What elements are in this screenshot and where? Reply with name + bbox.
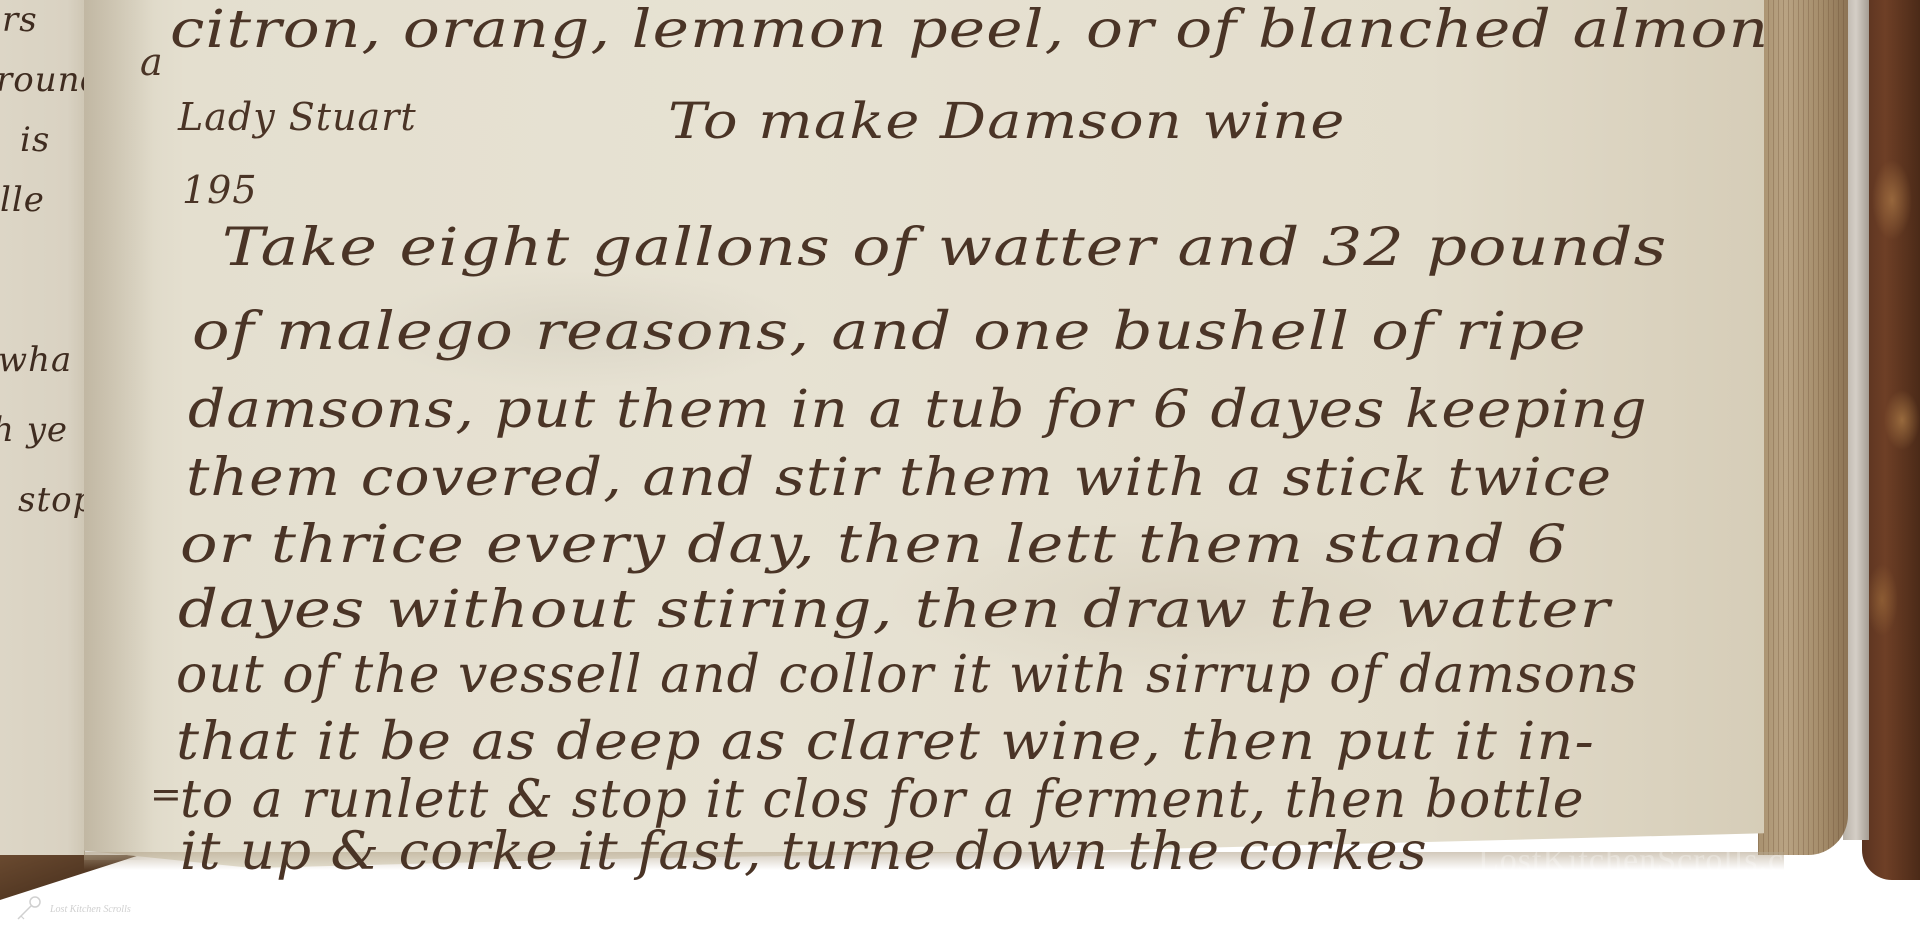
body-line: Take eight gallons of watter and 32 poun… <box>222 218 1667 278</box>
watermark-small-text: Lost Kitchen Scrolls <box>50 904 131 915</box>
leather-cover <box>1862 0 1920 880</box>
page-edge-stack <box>1758 0 1848 855</box>
body-line: or thrice every day, then lett them stan… <box>180 515 1568 575</box>
carryover-line: citron, orang, lemmon peel, or of blanch… <box>170 0 1769 60</box>
gutter-shadow <box>84 0 154 860</box>
facing-left-page: rs round is lle wha h ye stop <box>0 0 85 855</box>
recipe-title: To make Damson wine <box>668 92 1346 150</box>
manuscript-scan: rs round is lle wha h ye stop a citron, … <box>0 0 1920 931</box>
body-line: to a runlett & stop it clos for a fermen… <box>180 770 1585 830</box>
key-logo-icon <box>14 895 42 923</box>
body-line: damsons, put them in a tub for 6 dayes k… <box>188 380 1648 440</box>
body-line: it up & corke it fast, turne down the co… <box>180 822 1428 882</box>
line-prefix: a <box>140 40 164 84</box>
body-line: of malego reasons, and one bushell of ri… <box>192 302 1587 362</box>
watermark-text: LostKitchenScrolls.com <box>1478 842 1830 880</box>
body-line: that it be as deep as claret wine, then … <box>176 712 1595 772</box>
body-line: them covered, and stir them with a stick… <box>186 448 1612 508</box>
body-line: dayes without stiring, then draw the wat… <box>178 580 1611 640</box>
left-fragment: h ye <box>0 410 68 450</box>
attribution: Lady Stuart <box>178 95 417 139</box>
left-fragment: wha <box>0 340 72 380</box>
margin-mark: = <box>150 772 183 816</box>
left-fragment: is <box>20 120 50 160</box>
left-fragment: lle <box>0 180 45 220</box>
body-line: out of the vessell and collor it with si… <box>176 645 1638 705</box>
recipe-number: 195 <box>182 168 258 212</box>
left-fragment: rs <box>2 0 38 40</box>
watermark-logo: Lost Kitchen Scrolls <box>14 895 131 923</box>
